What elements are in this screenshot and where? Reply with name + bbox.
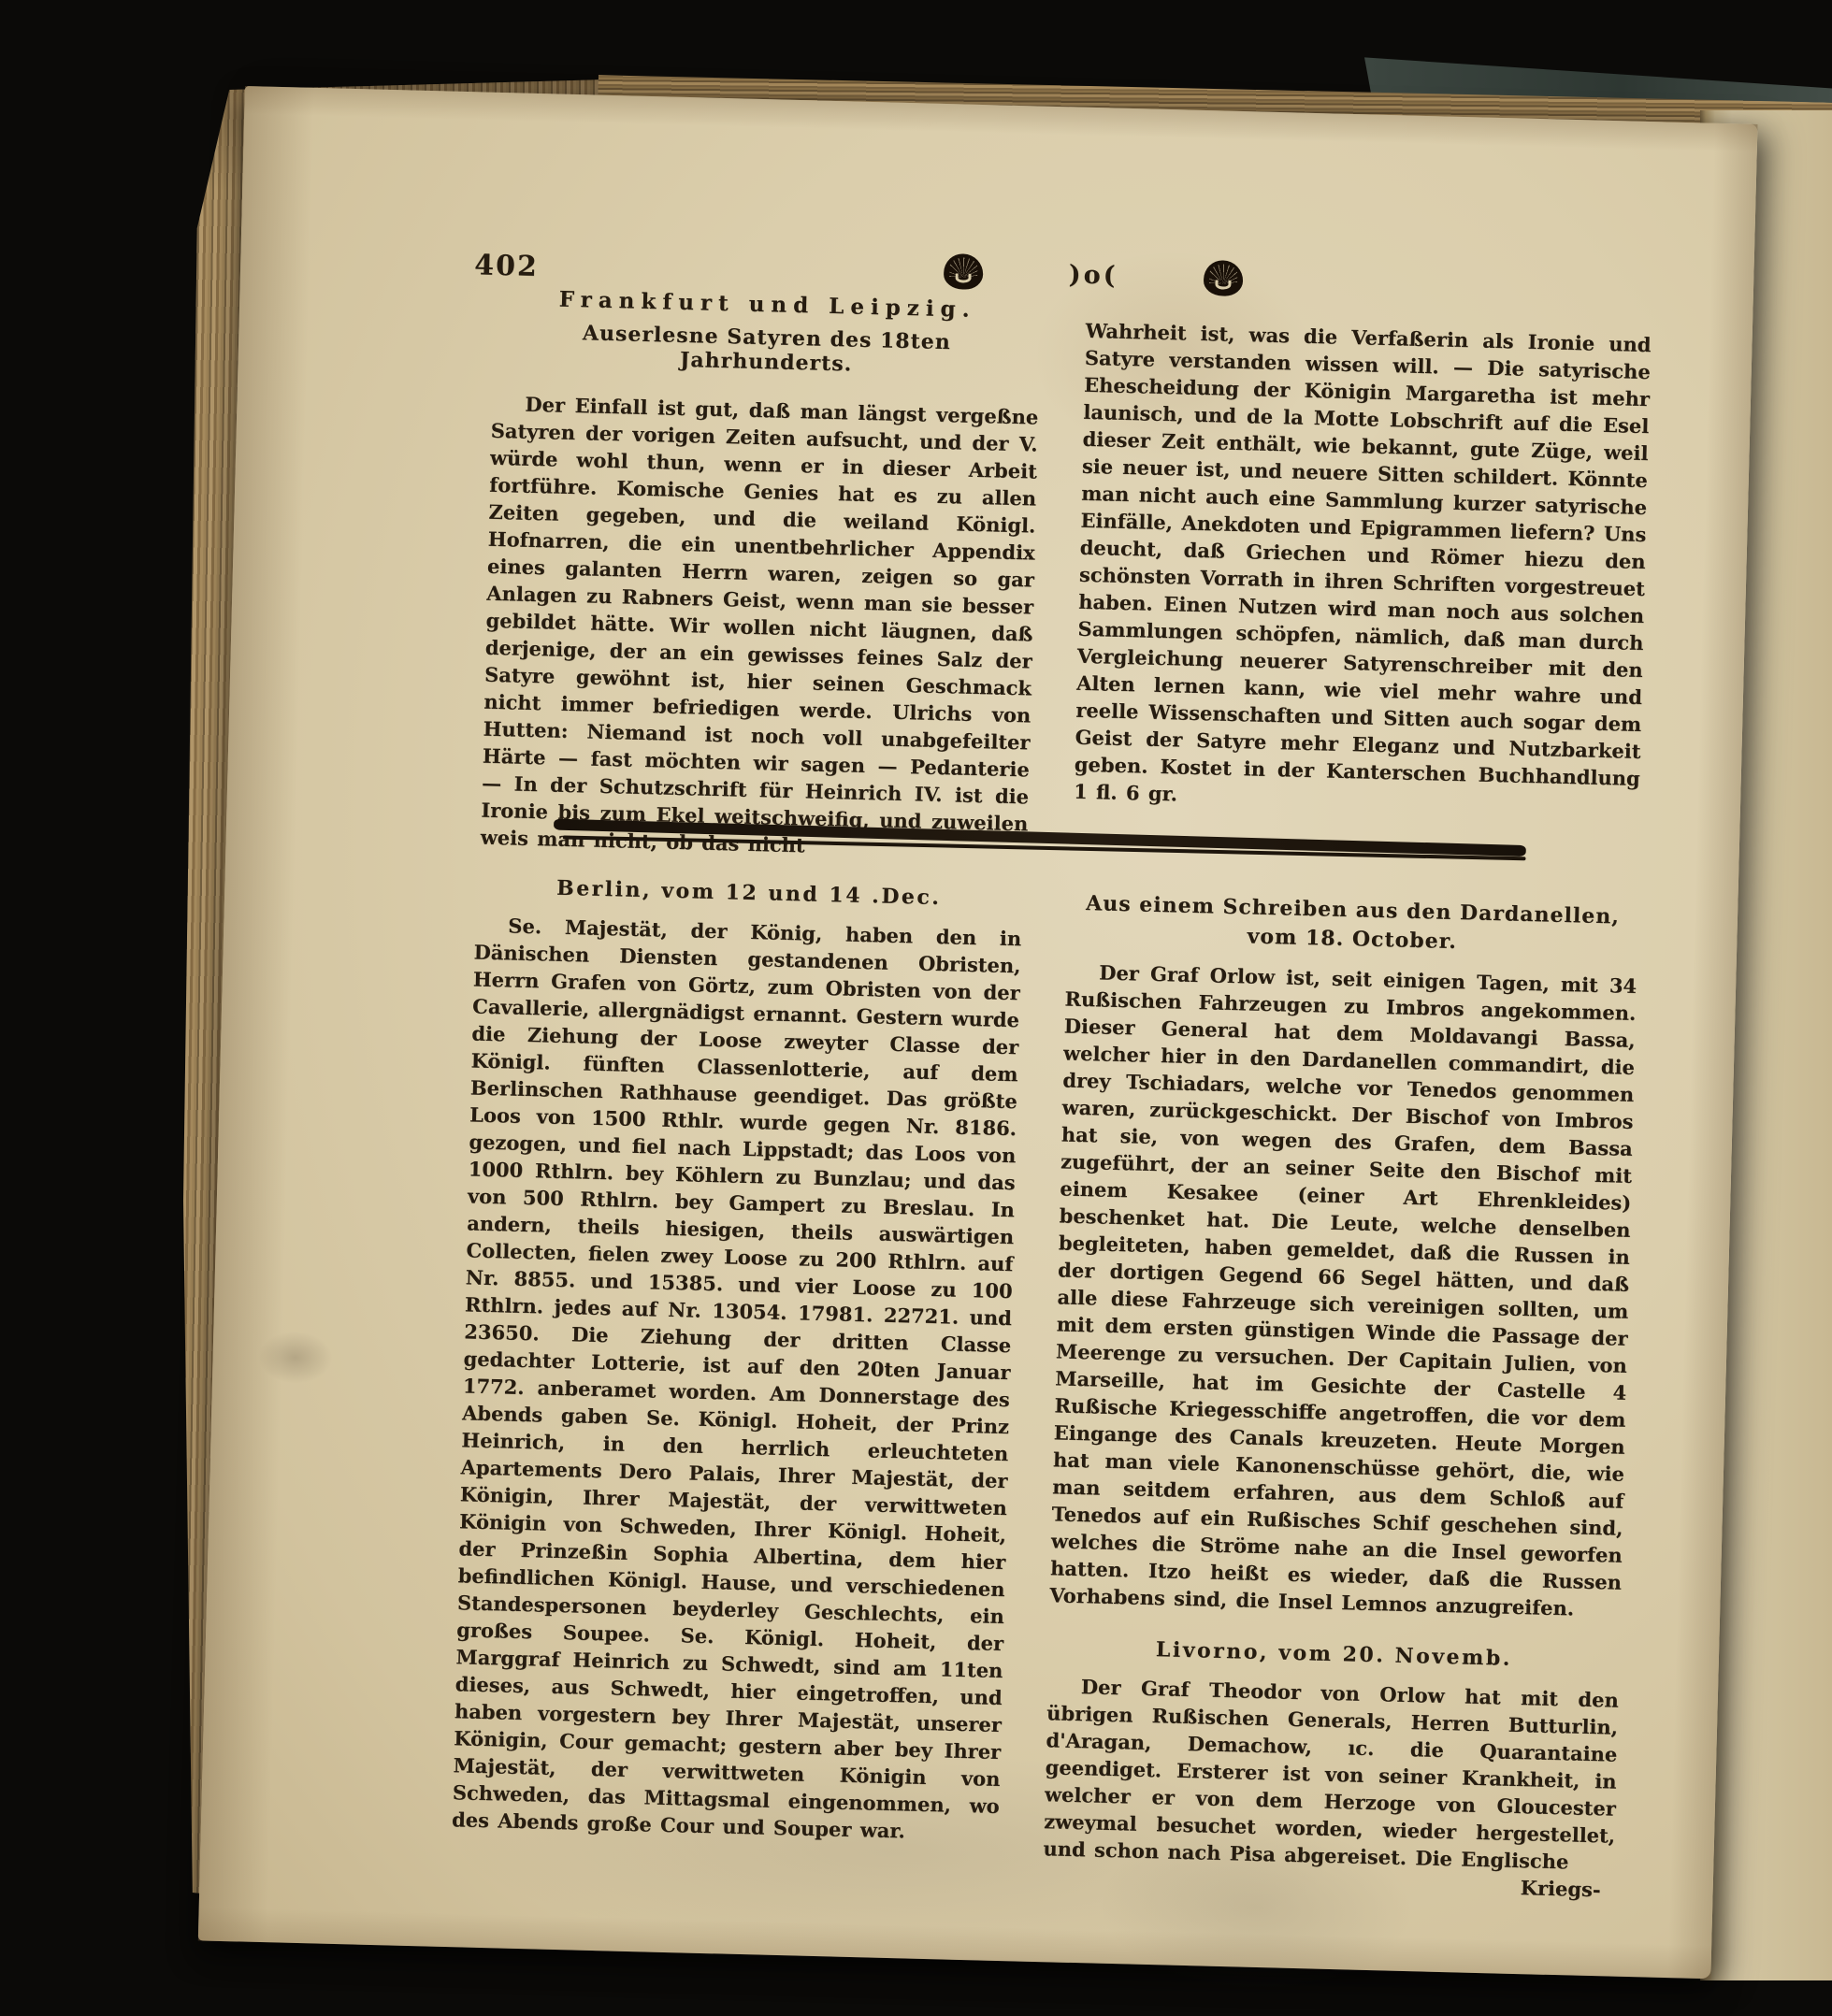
- column-left: Berlin, vom 12 und 14 .Dec. Se. Majestät…: [451, 874, 1023, 1886]
- floral-ornament-icon: [944, 253, 984, 290]
- article-place-heading: Frankfurt und Leipzig.: [494, 285, 1041, 324]
- page-stain: [257, 1331, 333, 1385]
- header-ornaments: )o(: [944, 253, 1244, 296]
- column-right: Wahrheit ist, was die Verfaßerin als Iro…: [1072, 300, 1652, 880]
- floral-ornament-icon: [1204, 260, 1244, 296]
- news-section: Berlin, vom 12 und 14 .Dec. Se. Majestät…: [451, 874, 1639, 1902]
- berlin-article-text: Se. Majestät, der König, haben den in Dä…: [452, 912, 1022, 1847]
- section-mark: )o(: [1069, 260, 1118, 290]
- dardanelles-heading: Aus einem Schreiben aus den Dardanellen,…: [1066, 889, 1638, 961]
- column-left: Frankfurt und Leipzig. Auserlesne Satyre…: [480, 285, 1041, 865]
- berlin-dateline-heading: Berlin, vom 12 und 14 .Dec.: [475, 874, 1022, 913]
- article-text-left: Der Einfall ist gut, daß man längst verg…: [480, 390, 1038, 865]
- livorno-dateline-heading: Livorno, vom 20. Novemb.: [1048, 1634, 1620, 1673]
- column-right: Aus einem Schreiben aus den Dardanellen,…: [1043, 889, 1639, 1902]
- article-title-heading: Auserlesne Satyren des 18ten Jahrhundert…: [492, 319, 1040, 382]
- book-page: 402 )o( Frankfurt und Leipzig. Auserlesn…: [198, 86, 1758, 1979]
- article-frankfurt: Frankfurt und Leipzig. Auserlesne Satyre…: [480, 285, 1652, 880]
- article-text-right: Wahrheit ist, was die Verfaßerin als Iro…: [1074, 317, 1652, 819]
- dardanelles-article-text: Der Graf Orlow ist, seit einigen Tagen, …: [1049, 958, 1637, 1623]
- book-scan: 402 )o( Frankfurt und Leipzig. Auserlesn…: [0, 0, 1832, 2016]
- page-number: 402: [474, 249, 539, 283]
- page-edge-shading: [198, 1907, 1711, 1979]
- livorno-article-text: Der Graf Theodor von Orlow hat mit den ü…: [1043, 1672, 1619, 1876]
